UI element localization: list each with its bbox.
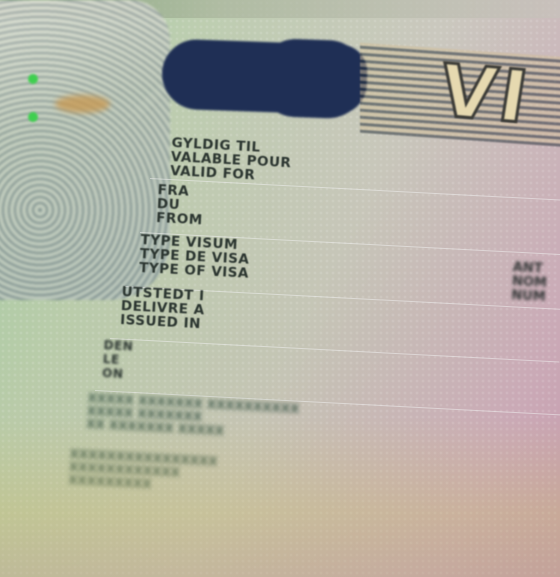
visa-photo: VI GYLDIG TIL VALABLE POUR VALID FOR FRA… xyxy=(0,0,560,577)
label: ON xyxy=(102,366,132,382)
label: LE xyxy=(103,352,133,368)
field-valid-for: GYLDIG TIL VALABLE POUR VALID FOR xyxy=(170,136,293,184)
field-on: DEN LE ON xyxy=(102,338,134,381)
hologram-dot-icon xyxy=(28,112,38,122)
field-type-of-visa: TYPE VISUM TYPE DE VISA TYPE OF VISA xyxy=(139,233,251,281)
hologram-highlight xyxy=(55,95,110,113)
divider xyxy=(110,338,559,363)
right-partial-labels: ANT NOM NUM xyxy=(511,261,548,305)
divider xyxy=(150,178,560,201)
lighting-gradient xyxy=(0,417,560,577)
field-from: FRA DU FROM xyxy=(156,183,205,227)
visa-header-text: VI xyxy=(434,48,537,139)
hologram-dot-icon xyxy=(28,74,38,84)
label: FROM xyxy=(156,211,203,227)
field-issued-in: UTSTEDT I DELIVRE A ISSUED IN xyxy=(120,285,206,331)
label: DEN xyxy=(103,338,133,354)
emblem-blue-band xyxy=(161,38,368,115)
label: ISSUED IN xyxy=(120,313,204,331)
